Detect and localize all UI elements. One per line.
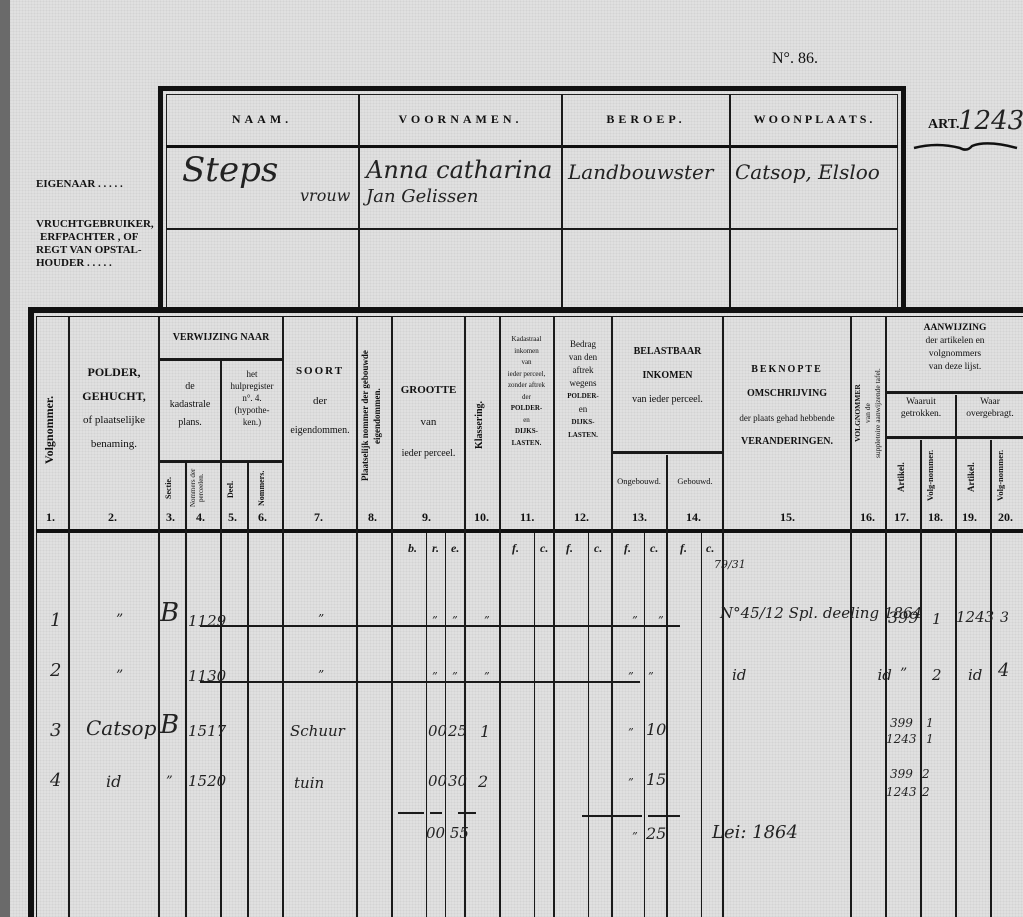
- col-line: [185, 462, 187, 917]
- row-polder: id: [106, 772, 121, 791]
- col-line: [356, 316, 358, 917]
- label-line: VRUCHTGEBRUIKER,: [36, 218, 154, 231]
- total-note: Lei: 1864: [712, 822, 798, 843]
- unit-f14: f.: [680, 541, 687, 556]
- table-left-inner: [36, 316, 37, 917]
- header-text: volgnommers: [887, 348, 1023, 361]
- unit-f11: f.: [512, 541, 519, 556]
- row-grootte-r: ”: [432, 670, 438, 683]
- row-volgnommer: 3: [50, 720, 61, 741]
- header-text: BEKNOPTE: [724, 358, 850, 382]
- header-deel: Deel.: [226, 474, 235, 504]
- colnum-1: 1.: [46, 510, 55, 525]
- header-text: kadastrale: [160, 396, 220, 414]
- label-line: ERFPACHTER , OF: [36, 231, 154, 244]
- header-naam: NAAM.: [166, 112, 358, 127]
- header-nommers: Nommers.: [257, 468, 266, 508]
- header-volgnommer-18: Volg-nommer.: [925, 446, 951, 504]
- row-artikel-17b: 1243: [886, 732, 917, 746]
- header-plaatselijk-nommer: Plaatselijk nommer der gebouwde eigendom…: [359, 326, 389, 506]
- row-ongebouwd-c: ”: [648, 670, 654, 683]
- colnum-2: 2.: [108, 510, 117, 525]
- row-ongebouwd-f: ”: [628, 726, 634, 739]
- row-perceel: 1130: [188, 667, 226, 685]
- header-bedrag-aftrek: Bedrag van den aftrek wegens POLDER- en …: [555, 338, 611, 442]
- header-artikel-17: Artikel.: [896, 452, 906, 502]
- row-perceel: 1517: [188, 722, 226, 740]
- row-klasse: ”: [484, 670, 490, 683]
- label-line: REGT VAN OPSTAL-: [36, 244, 154, 257]
- header-beknopte-omschrijving: BEKNOPTE OMSCHRIJVING der plaats gehad h…: [724, 358, 850, 454]
- total-rule: [458, 812, 476, 814]
- header-text: n°. 4.: [222, 392, 282, 404]
- header-text: DIJKS-: [555, 416, 611, 429]
- header-text: SOORT: [284, 356, 356, 386]
- header-ongebouwd: Ongebouwd.: [612, 476, 666, 486]
- header-text: eigendommen.: [284, 416, 356, 446]
- header-text: inkomen: [500, 346, 553, 358]
- header-volgnommer-20: Volg-nommer.: [995, 446, 1021, 504]
- header-text: INKOMEN: [613, 364, 722, 388]
- label-eigenaar: EIGENAAR . . . . .: [36, 178, 123, 190]
- colnum-11: 11.: [520, 510, 534, 525]
- unit-f13: f.: [624, 541, 631, 556]
- aanwijzing-divider: [885, 391, 1023, 394]
- header-text: en: [555, 403, 611, 416]
- header-text: der: [284, 386, 356, 416]
- header-text: hulpregister: [222, 380, 282, 392]
- unit-c11: c.: [540, 541, 548, 556]
- colnum-20: 20.: [998, 510, 1013, 525]
- row-sectie: B: [160, 710, 179, 740]
- header-kadastrale-plans: de kadastrale plans.: [160, 378, 220, 432]
- header-text: POLDER-: [500, 403, 553, 415]
- header-text: LASTEN.: [500, 438, 553, 450]
- row-volg-18b: 1: [926, 732, 934, 746]
- header-text: van deze lijst.: [887, 361, 1023, 374]
- total-ongebouwd-c: 25: [646, 824, 666, 843]
- row-perceel: 1520: [188, 772, 226, 790]
- verwijzing-divider: [158, 358, 282, 361]
- owner-header-divider: [166, 145, 898, 148]
- table-left-border: [28, 307, 34, 917]
- row-grootte-e: 30: [448, 772, 467, 790]
- row-ongebouwd-f: ”: [628, 670, 634, 683]
- header-klassering: Klassering.: [474, 390, 485, 460]
- row-ongebouwd-f: ”: [628, 776, 634, 789]
- row-artikel-17: 399: [888, 608, 919, 627]
- total-rule: [430, 812, 442, 814]
- header-polder: POLDER, GEHUCHT, of plaatselijke benamin…: [70, 360, 158, 456]
- col-line: [220, 360, 222, 917]
- header-waaruit-getrokken: Waaruit getrokken.: [887, 396, 955, 420]
- owner-naam-suffix: vrouw: [300, 186, 350, 205]
- table-top-inner: [36, 316, 1023, 317]
- article-number: 1243.: [958, 106, 1023, 136]
- unit-f12: f.: [566, 541, 573, 556]
- margin-note: 79/31: [714, 558, 746, 571]
- article-label: ART.: [928, 117, 960, 133]
- header-sectie: Sectie.: [164, 470, 173, 506]
- header-kadastraal-inkomen: Kadastraal inkomen van ieder perceel, zo…: [500, 334, 553, 449]
- header-voornamen: VOORNAMEN.: [360, 112, 561, 127]
- col-line: [644, 533, 645, 917]
- row-klasse: 1: [480, 722, 490, 741]
- row-ongebouwd-c: 15: [646, 770, 666, 789]
- table-top-border: [28, 307, 1023, 313]
- header-waar-overgebragt: Waar overgebragt.: [957, 396, 1023, 420]
- row-polder: ”: [116, 668, 123, 684]
- header-grootte: GROOTTE van ieder perceel.: [393, 374, 464, 470]
- colnum-16: 16.: [860, 510, 875, 525]
- row-artikel-19: id: [968, 666, 982, 684]
- row-volgnommer: 2: [50, 660, 61, 681]
- row-polder: ”: [116, 612, 123, 628]
- row-volg-18a: 2: [922, 767, 930, 781]
- row-grootte-e: ”: [452, 670, 458, 683]
- header-text: de: [160, 378, 220, 396]
- page-binding-edge: [0, 0, 10, 917]
- page-number: N°. 86.: [772, 50, 818, 68]
- row-grootte-r: 00: [428, 772, 447, 790]
- row-klasse: 2: [478, 772, 488, 791]
- header-verwijzing: VERWIJZING NAAR: [160, 332, 282, 343]
- header-text: en: [500, 415, 553, 427]
- row-volg-18a: 1: [926, 716, 934, 730]
- col-line: [588, 533, 589, 917]
- label-vruchtgebruiker: VRUCHTGEBRUIKER, ERFPACHTER , OF REGT VA…: [36, 218, 154, 270]
- row-klasse: ”: [484, 614, 490, 627]
- header-text: ken.): [222, 416, 282, 428]
- unit-c14: c.: [706, 541, 714, 556]
- header-text: OMSCHRIJVING: [724, 382, 850, 406]
- colnum-14: 14.: [686, 510, 701, 525]
- row-grootte-e: 25: [448, 722, 467, 740]
- header-text: van: [500, 357, 553, 369]
- header-text: POLDER,: [70, 360, 158, 384]
- header-soort: SOORT der eigendommen.: [284, 356, 356, 446]
- header-woonplaats: WOONPLAATS.: [731, 112, 898, 127]
- colnum-18: 18.: [928, 510, 943, 525]
- belastbaar-divider: [611, 451, 722, 454]
- row-volg-18: 1: [932, 610, 942, 628]
- total-grootte: 00 55: [426, 824, 469, 842]
- flourish-icon: [912, 140, 1022, 156]
- header-text: wegens: [555, 377, 611, 390]
- unit-c12: c.: [594, 541, 602, 556]
- row-soort: ”: [318, 668, 324, 682]
- unit-r: r.: [432, 541, 439, 556]
- header-text: benaming.: [70, 432, 158, 456]
- col-line: [426, 533, 427, 917]
- total-rule: [582, 815, 642, 817]
- header-hulpregister: het hulpregister n°. 4. (hypothe- ken.): [222, 368, 282, 428]
- header-text: suppletoire aanwijzende tafel.: [873, 368, 882, 458]
- header-text: aftrek: [555, 364, 611, 377]
- header-nommers-perceelen: Nommers der perceelen.: [189, 466, 215, 510]
- header-beroep: BEROEP.: [563, 112, 729, 127]
- unit-e: e.: [451, 541, 459, 556]
- header-text: VOLGNOMMER: [853, 384, 862, 442]
- header-text: plans.: [160, 414, 220, 432]
- row-sectie: ”: [166, 774, 173, 789]
- colnum-10: 10.: [474, 510, 489, 525]
- colnum-7: 7.: [314, 510, 323, 525]
- header-text: POLDER-: [555, 390, 611, 403]
- row-volgnommer: 4: [50, 770, 61, 791]
- header-text: ieder perceel,: [500, 369, 553, 381]
- col-line: [666, 455, 668, 917]
- unit-c13: c.: [650, 541, 658, 556]
- row-ongebouwd-c: 10: [646, 720, 666, 739]
- owner-woonplaats: Catsop, Elsloo: [735, 160, 880, 184]
- aanwijzing-sub-divider: [885, 436, 1023, 439]
- header-belastbaar-inkomen: BELASTBAAR INKOMEN van ieder perceel.: [613, 340, 722, 412]
- colnum-3: 3.: [166, 510, 175, 525]
- header-gebouwd: Gebouwd.: [668, 476, 722, 486]
- col-line: [955, 395, 957, 917]
- header-text: der: [500, 392, 553, 404]
- header-text: der artikelen en: [887, 335, 1023, 348]
- header-text: Kadastraal: [500, 334, 553, 346]
- row-soort: ”: [318, 612, 324, 626]
- owner-voornamen-2: Jan Gelissen: [366, 186, 479, 207]
- colnum-6: 6.: [258, 510, 267, 525]
- header-text: der plaats gehad hebbende: [724, 406, 850, 430]
- row-artikel-17a: 399: [890, 716, 913, 730]
- header-volgnommer: Volgnommer.: [42, 380, 57, 480]
- col-line: [247, 462, 249, 917]
- col-line: [701, 533, 702, 917]
- row-volg-18b: 2: [922, 785, 930, 799]
- row-soort: tuin: [294, 774, 324, 792]
- row-ongebouwd-c: ”: [658, 614, 664, 627]
- row-sectie: B: [160, 598, 179, 628]
- header-text: (hypothe-: [222, 404, 282, 416]
- row-artikel-17: ”: [900, 666, 907, 682]
- header-text: van: [393, 406, 464, 438]
- row-grootte-r: 00: [428, 722, 447, 740]
- header-text: Bedrag: [555, 338, 611, 351]
- row-artikel-17b: 1243: [886, 785, 917, 799]
- owner-beroep: Landbouwster: [568, 160, 713, 184]
- row-grootte-r: ”: [432, 614, 438, 627]
- col-line: [534, 533, 535, 917]
- colnum-17: 17.: [894, 510, 909, 525]
- header-text: van den: [555, 351, 611, 364]
- colnum-12: 12.: [574, 510, 589, 525]
- colnum-13: 13.: [632, 510, 647, 525]
- colnum-9: 9.: [422, 510, 431, 525]
- row-volgnommer: 1: [50, 610, 61, 631]
- row-volg-20: 3: [1000, 610, 1009, 626]
- row-polder: Catsop: [86, 716, 156, 740]
- strike-line-row-2: [200, 681, 640, 683]
- header-suppletoire-volgnommer: VOLGNOMMER van de suppletoire aanwijzend…: [853, 322, 883, 504]
- colnum-19: 19.: [962, 510, 977, 525]
- total-rule: [398, 812, 424, 814]
- header-text: DIJKS-: [500, 426, 553, 438]
- owner-voornamen: Anna catharina: [366, 156, 552, 184]
- header-text: zonder aftrek: [500, 380, 553, 392]
- row-volg-20: 4: [998, 660, 1009, 681]
- strike-line-row-1: [200, 625, 680, 627]
- row-perceel: 1129: [188, 612, 226, 630]
- verwijzing-sub-divider: [158, 460, 282, 463]
- row-grootte-e: ”: [452, 614, 458, 627]
- header-text: van ieder perceel.: [613, 388, 722, 412]
- row-artikel-17a: 399: [890, 767, 913, 781]
- header-text: LASTEN.: [555, 429, 611, 442]
- unit-b: b.: [408, 541, 417, 556]
- header-text: GEHUCHT,: [70, 384, 158, 408]
- colnum-8: 8.: [368, 510, 377, 525]
- header-text: het: [222, 368, 282, 380]
- colnum-15: 15.: [780, 510, 795, 525]
- header-text: ieder perceel.: [393, 438, 464, 470]
- total-ongebouwd-f: ”: [632, 830, 638, 843]
- cadastral-register-page: N°. 86. ART. 1243. NAAM. VOORNAMEN. BERO…: [0, 0, 1023, 917]
- header-text: AANWIJZING: [887, 322, 1023, 335]
- row-soort: Schuur: [290, 722, 345, 740]
- header-text: van de: [863, 403, 872, 423]
- total-rule: [648, 815, 680, 817]
- header-text: GROOTTE: [393, 374, 464, 406]
- header-aanwijzing: AANWIJZING der artikelen en volgnommers …: [887, 322, 1023, 374]
- row-artikel-19: 1243: [956, 608, 994, 626]
- header-text: VERANDERINGEN.: [724, 430, 850, 454]
- colnum-4: 4.: [196, 510, 205, 525]
- row-ongebouwd-f: ”: [632, 614, 638, 627]
- owner-naam: Steps: [182, 150, 278, 190]
- header-text: BELASTBAAR: [613, 340, 722, 364]
- colnum-5: 5.: [228, 510, 237, 525]
- label-line: HOUDER . . . . .: [36, 257, 154, 270]
- header-text: of plaatselijke: [70, 408, 158, 432]
- owner-row-divider: [166, 228, 898, 230]
- row-volg-18: 2: [932, 666, 942, 684]
- header-artikel-19: Artikel.: [966, 452, 976, 502]
